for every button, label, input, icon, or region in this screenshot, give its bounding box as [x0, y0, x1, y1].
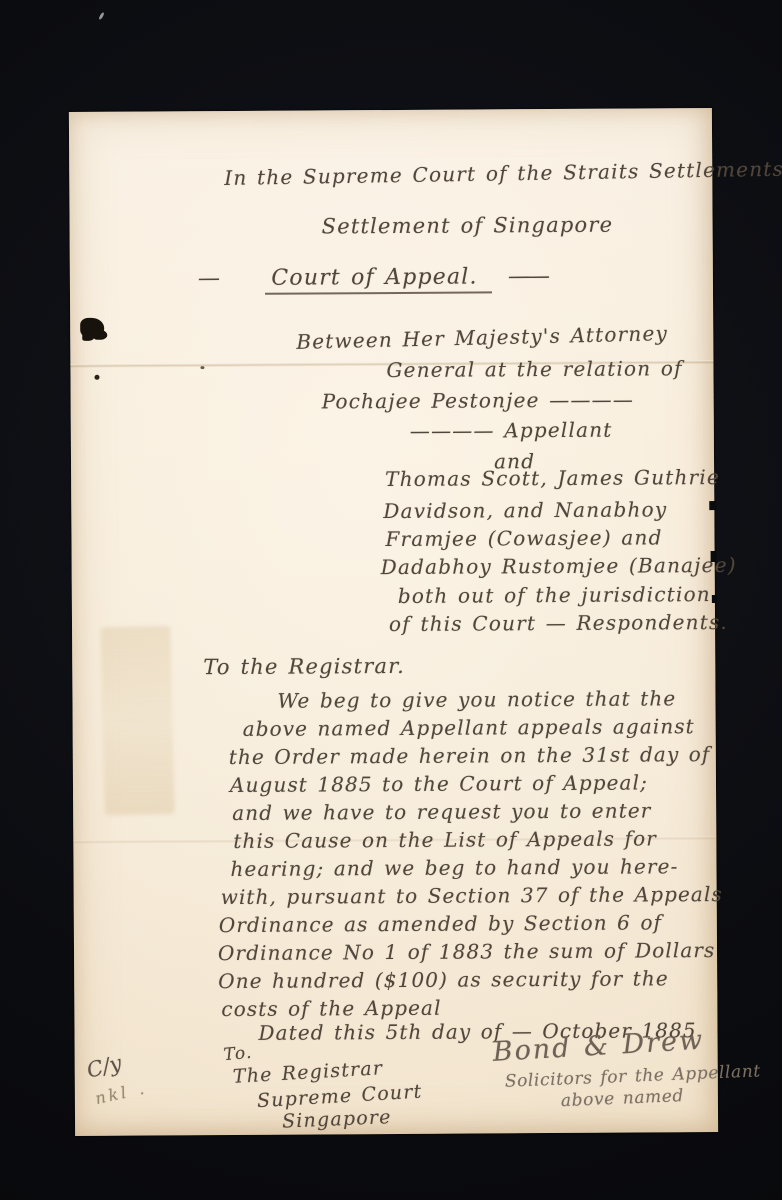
stamp-ghost-stain: [100, 626, 174, 816]
pencil-registry-mark: C/y: [84, 1051, 124, 1083]
dash-rule: ——: [508, 264, 548, 289]
header-court-of-appeal-line: — Court of Appeal. ——: [198, 264, 548, 291]
ink-dot: [94, 375, 99, 380]
body-line: Ordinance as amended by Section 6 of: [219, 910, 662, 937]
respondent-line-1: Thomas Scott, James Guthrie: [385, 465, 720, 491]
address-singapore: Singapore: [282, 1106, 392, 1132]
respondent-line-6: of this Court — Respondents.: [389, 610, 728, 636]
party-between-line-3: Pochajee Pestonjee ————: [322, 388, 635, 414]
photo-background: In the Supreme Court of the Straits Sett…: [0, 0, 782, 1200]
ink-dot: [200, 366, 204, 369]
respondent-line-2: Davidson, and Nanabhoy: [383, 497, 667, 523]
body-line: above named Appellant appeals against: [243, 714, 695, 741]
body-line: August 1885 to the Court of Appeal;: [230, 770, 648, 797]
body-line: costs of the Appeal: [221, 996, 441, 1021]
dust-speck: [98, 12, 105, 20]
body-line: hearing; and we beg to hand you here-: [230, 854, 678, 881]
header-court-line: In the Supreme Court of the Straits Sett…: [224, 157, 782, 190]
body-line: with, pursuant to Section 37 of the Appe…: [221, 882, 723, 909]
document-page: In the Supreme Court of the Straits Sett…: [69, 108, 718, 1136]
party-between-line-2: General at the relation of: [386, 356, 682, 382]
body-line: the Order made herein on the 31st day of: [229, 742, 711, 769]
respondent-line-4: Dadabhoy Rustomjee (Banajee): [381, 553, 737, 579]
body-line: One hundred ($100) as security for the: [218, 966, 669, 993]
body-line: We beg to give you notice that the: [277, 686, 676, 712]
court-of-appeal-title: Court of Appeal.: [265, 264, 492, 294]
respondent-line-3: Framjee (Cowasjee) and: [385, 525, 662, 551]
edge-notch: [712, 595, 717, 603]
body-line: Ordinance No 1 of 1883 the sum of Dollar…: [218, 938, 716, 965]
party-appellant-line: ———— Appellant: [410, 418, 613, 443]
pencil-registry-scribble: nkl .: [93, 1078, 148, 1108]
respondent-line-5: both out of the jurisdiction: [398, 582, 711, 608]
ink-blot: [80, 318, 104, 338]
header-settlement-line: Settlement of Singapore: [322, 213, 614, 239]
signature-role-line-2: above named: [561, 1086, 685, 1111]
body-line: and we have to request you to enter: [232, 798, 651, 825]
party-between-line-1: Between Her Majesty's Attorney: [296, 321, 668, 354]
body-line: this Cause on the List of Appeals for: [233, 826, 657, 853]
salutation-line: To the Registrar.: [203, 654, 405, 679]
dash-rule: —: [198, 266, 221, 291]
edge-notch: [709, 501, 716, 510]
address-to: To.: [223, 1043, 254, 1066]
